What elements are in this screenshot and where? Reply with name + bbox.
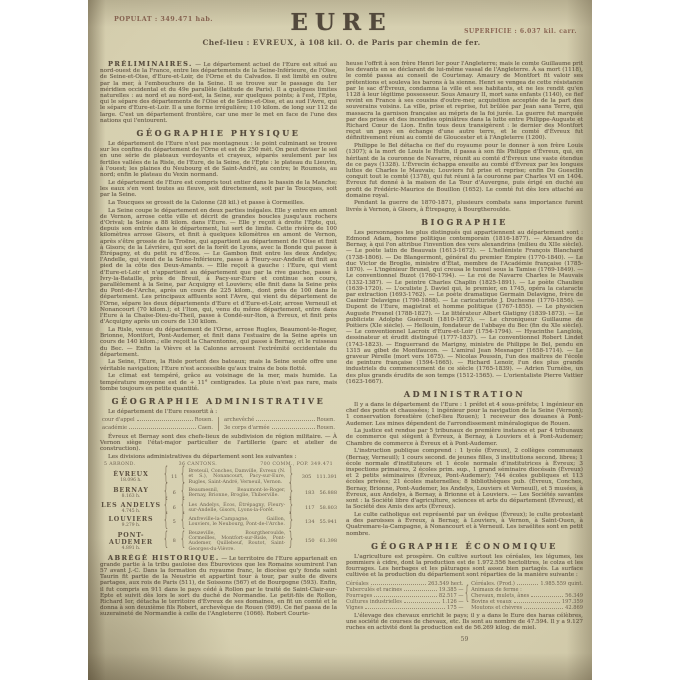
- administration-paragraph: La justice est rendue par 5 tribunaux de…: [346, 428, 583, 447]
- table-row: BERNAY8.163 h. 6 Beaumesnil, Beaumont-le…: [100, 487, 337, 499]
- right-column: heuse l'offrit à son frère Henri Ier pou…: [346, 61, 583, 643]
- geo-physique-paragraph: La Risle, venue du département de l'Orne…: [100, 327, 337, 358]
- brace-glyph: [180, 532, 186, 551]
- history-continuation-paragraph: heuse l'offrit à son frère Henri Ier pou…: [346, 61, 583, 142]
- communes-count: 150: [305, 538, 315, 544]
- brace-glyph: [464, 586, 470, 605]
- cantons-count: 6: [170, 505, 179, 511]
- population-stat: POPULAT : 349.471 hab.: [114, 15, 213, 23]
- table-row: LOUVIERS9.279 h. 5 Amfreville-la-Campagn…: [100, 516, 337, 528]
- administration-paragraph: Il y a dans le département de l'Eure : 1…: [346, 402, 583, 427]
- dotted-leader: [365, 608, 445, 609]
- dotted-leader: [374, 596, 436, 597]
- row-numbers: 11758.803: [295, 505, 337, 511]
- geo-physique-paragraph: La Seine coupe le département en deux pa…: [100, 208, 337, 326]
- left-column: PRÉLIMINAIRES. — Le département actuel d…: [100, 61, 337, 643]
- row-population: 55.941: [320, 519, 338, 525]
- cantons-count: 8: [170, 538, 179, 544]
- table-row: Vignes175 —: [346, 605, 463, 611]
- ressort-row: académieCaen.: [102, 425, 213, 431]
- chef-lieu-label: Chef-lieu :: [202, 38, 252, 47]
- geographie-administrative-heading: GÉOGRAPHIE ADMINISTRATIVE: [100, 396, 337, 406]
- arrondissement-pop: 8.163 h.: [100, 494, 162, 499]
- dotted-leader: [371, 584, 426, 585]
- geo-economique-intro: L'agriculture est prospère. On cultive s…: [346, 554, 583, 579]
- brace-glyph: [163, 532, 169, 551]
- surface-table-right: Céréales. (Prod.)1.985.559 quint. Animau…: [471, 581, 583, 611]
- communes-list: Breteuil, Conches, Damville, Évreux (N. …: [186, 469, 287, 485]
- cantons-count: 5: [170, 519, 179, 525]
- chef-lieu-name: EVREUX: [253, 38, 294, 47]
- communes-list: Beuzeville, Bourgtheroulde, Cormeilles, …: [186, 531, 287, 552]
- communes-count: 117: [305, 505, 315, 511]
- ressort-row: cour d'appelRouen.: [102, 417, 213, 423]
- arrondissement-name-cell: PONT-AUDEMER4.891 h.: [100, 532, 162, 551]
- ressort-right-column: archevêchéRouen. 3e corps d'arméeRouen.: [224, 417, 335, 431]
- geo-physique-paragraph: La Toucques se grossit de la Calonne (28…: [100, 200, 337, 206]
- preliminaires-body: — Le département actuel de l'Eure est si…: [100, 62, 337, 124]
- surface-value: 175 —: [447, 605, 463, 611]
- header-arrond: 5 ARROND.: [104, 462, 136, 467]
- chef-lieu-line: Chef-lieu : EVREUX, à 108 kil. O. de Par…: [100, 38, 583, 47]
- ressort-value: Rouen.: [317, 425, 335, 431]
- arrondissement-pop: 9.279 h.: [100, 523, 162, 528]
- geo-physique-paragraph: Le département de l'Eure est compris tou…: [100, 180, 337, 199]
- ressort-value: Caen.: [198, 425, 213, 431]
- ressort-divider: [218, 417, 219, 431]
- preliminaires-paragraph: PRÉLIMINAIRES. — Le département actuel d…: [100, 61, 337, 124]
- superficie-stat: SUPERFICIE : 6.037 kil. carr.: [464, 28, 577, 35]
- ressort-intro: Le département de l'Eure ressortit à :: [100, 409, 337, 415]
- divisions-intro: Les divisions administratives du départe…: [100, 454, 337, 460]
- scan-canvas: POPULAT : 349.471 hab. EURE SUPERFICIE :…: [0, 0, 680, 680]
- dotted-leader: [256, 420, 314, 421]
- ressort-label: cour d'appel: [102, 417, 135, 423]
- dotted-leader: [524, 608, 563, 609]
- arrondissements-table-header: 5 ARROND. 36 CANTONS. 700 COMM., POP. 34…: [100, 462, 337, 467]
- arrondissement-name-cell: BERNAY8.163 h.: [100, 487, 162, 499]
- abrege-historique-body: — Le territoire de l'Eure appartenait en…: [100, 556, 337, 618]
- page-header: POPULAT : 349.471 hab. EURE SUPERFICIE :…: [100, 6, 583, 58]
- table-row: ÉVREUX18.096 h. 11 Breteuil, Conches, Da…: [100, 469, 337, 485]
- two-column-layout: PRÉLIMINAIRES. — Le département actuel d…: [100, 61, 583, 643]
- ressort-row: archevêchéRouen.: [224, 417, 335, 423]
- cantons-count: 11: [170, 474, 179, 480]
- row-population: 61.398: [320, 538, 338, 544]
- dotted-leader: [129, 428, 196, 429]
- row-population: 58.803: [320, 505, 338, 511]
- communes-list: Beaumesnil, Beaumont-le-Roger, Bernay, B…: [186, 488, 287, 499]
- row-numbers: 15061.398: [295, 538, 337, 544]
- dotted-leader: [404, 602, 440, 603]
- biographie-heading: BIOGRAPHIE: [346, 217, 583, 227]
- administration-heading: ADMINISTRATION: [346, 389, 583, 399]
- ressort-label: 3e corps d'armée: [224, 425, 270, 431]
- chef-lieu-rest: , à 108 kil. O. de Paris par chemin de f…: [294, 38, 480, 47]
- dotted-leader: [404, 590, 437, 591]
- row-numbers: 13455.941: [295, 519, 337, 525]
- communes-count: 305: [302, 474, 312, 480]
- communes-count: 134: [305, 519, 315, 525]
- surface-production-table: Céréales263.549 hect. Tuberculés et raci…: [346, 581, 583, 611]
- surface-table-left: Céréales263.549 hect. Tuberculés et raci…: [346, 581, 463, 611]
- arrondissement-pop: 4.891 h.: [100, 546, 162, 551]
- arrondissements-table: 5 ARROND. 36 CANTONS. 700 COMM., POP. 34…: [100, 462, 337, 552]
- biographie-body: Les personnages les plus distingués qui …: [346, 230, 583, 385]
- cantons-count: 6: [170, 490, 179, 496]
- dotted-leader: [272, 428, 315, 429]
- geo-economique-closing: L'élevage des chevaux enrichit le pays; …: [346, 613, 583, 632]
- table-row: PONT-AUDEMER4.891 h. 8 Beuzeville, Bourg…: [100, 531, 337, 552]
- row-numbers: 305111.391: [295, 474, 337, 480]
- brace-glyph: [288, 532, 294, 551]
- abrege-historique-paragraph: ABRÉGÉ HISTORIQUE. — Le territoire de l'…: [100, 555, 337, 618]
- arrondissement-pop: 18.096 h.: [100, 478, 162, 483]
- ressort-table: cour d'appelRouen. académieCaen. archevê…: [102, 417, 335, 431]
- geo-physique-paragraph: La Seine, l'Eure, la Risle portent des b…: [100, 359, 337, 371]
- ressort-value: Rouen.: [317, 417, 335, 423]
- geographie-physique-heading: GÉOGRAPHIE PHYSIQUE: [100, 128, 337, 138]
- preliminaires-heading: PRÉLIMINAIRES.: [108, 60, 193, 68]
- dotted-leader: [517, 584, 538, 585]
- history-continuation-paragraph: Philippe le Bel détacha ce fief du royau…: [346, 143, 583, 199]
- table-row: LES ANDELYS4.745 h. 6 Les Andelys, Écos,…: [100, 502, 337, 514]
- ressort-row: 3e corps d'arméeRouen.: [224, 425, 335, 431]
- surface-value: 1.985.559 quint.: [540, 581, 583, 587]
- surface-value: 42.869: [565, 605, 583, 611]
- arrondissement-pop: 4.745 h.: [100, 509, 162, 514]
- geo-physique-paragraph: Le département de l'Eure n'est pas monta…: [100, 141, 337, 178]
- surface-label: Moutons et chèvres: [471, 605, 522, 611]
- arrondissement-name: LES ANDELYS: [100, 502, 162, 509]
- communes-list: Les Andelys, Écos, Étrépagny, Fleury-sur…: [186, 503, 287, 514]
- administration-paragraph: Le culte catholique est représenté par u…: [346, 512, 583, 537]
- ressort-value: Rouen.: [195, 417, 213, 423]
- ressort-label: académie: [102, 425, 127, 431]
- arrondissement-name-cell: LOUVIERS9.279 h.: [100, 516, 162, 528]
- ressort-left-column: cour d'appelRouen. académieCaen.: [102, 417, 213, 431]
- table-row: Moutons et chèvres42.869: [471, 605, 583, 611]
- row-numbers: 18356.888: [295, 490, 337, 496]
- arrondissement-name: PONT-AUDEMER: [100, 532, 162, 546]
- ressort-label: archevêché: [224, 417, 254, 423]
- geo-physique-paragraph: Le climat est tempéré, grâce au voisinag…: [100, 373, 337, 392]
- history-continuation-paragraph: Pendant la guerre de 1870-1871, plusieur…: [346, 200, 583, 212]
- dotted-leader: [531, 596, 563, 597]
- surface-label: Vignes: [346, 605, 363, 611]
- page-number: 59: [346, 636, 583, 643]
- communes-count: 183: [305, 490, 315, 496]
- header-communes: 700 COMM., POP. 349.471: [260, 462, 333, 467]
- arrondissement-name: ÉVREUX: [100, 471, 162, 478]
- geographie-economique-heading: GÉOGRAPHIE ÉCONOMIQUE: [346, 541, 583, 551]
- administration-paragraph: L'instruction publique comprend : 1 lycé…: [346, 448, 583, 510]
- military-paragraph: Évreux et Bernay sont des chefs-lieux de…: [100, 434, 337, 453]
- dotted-leader: [514, 602, 560, 603]
- row-population: 56.888: [320, 490, 338, 496]
- communes-list: Amfreville-la-Campagne, Gaillon, Louvier…: [186, 517, 287, 528]
- arrondissement-name-cell: LES ANDELYS4.745 h.: [100, 502, 162, 514]
- arrondissement-name-cell: ÉVREUX18.096 h.: [100, 471, 162, 483]
- row-population: 111.391: [316, 474, 337, 480]
- abrege-historique-heading: ABRÉGÉ HISTORIQUE.: [108, 554, 220, 562]
- dotted-leader: [137, 420, 193, 421]
- scanned-page: POPULAT : 349.471 hab. EURE SUPERFICIE :…: [88, 0, 592, 680]
